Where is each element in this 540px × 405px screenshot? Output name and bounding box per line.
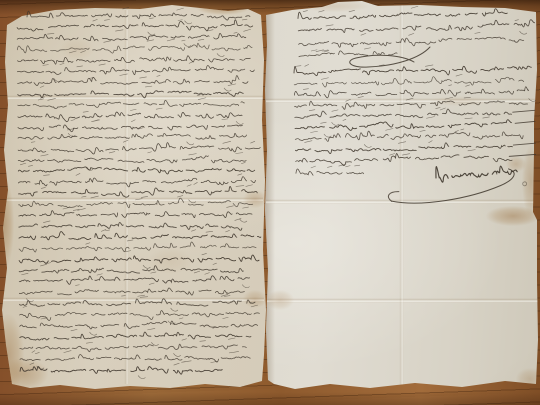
fold-crease — [2, 197, 263, 202]
paper-stain — [148, 248, 192, 274]
manuscript-photo — [0, 0, 540, 405]
paper-stain — [506, 156, 526, 172]
fold-crease — [2, 297, 264, 302]
fold-crease — [2, 95, 263, 100]
paper-stain — [486, 206, 540, 226]
fold-crease — [399, 2, 404, 388]
fold-crease — [124, 10, 129, 384]
paper-stain — [60, 38, 94, 60]
